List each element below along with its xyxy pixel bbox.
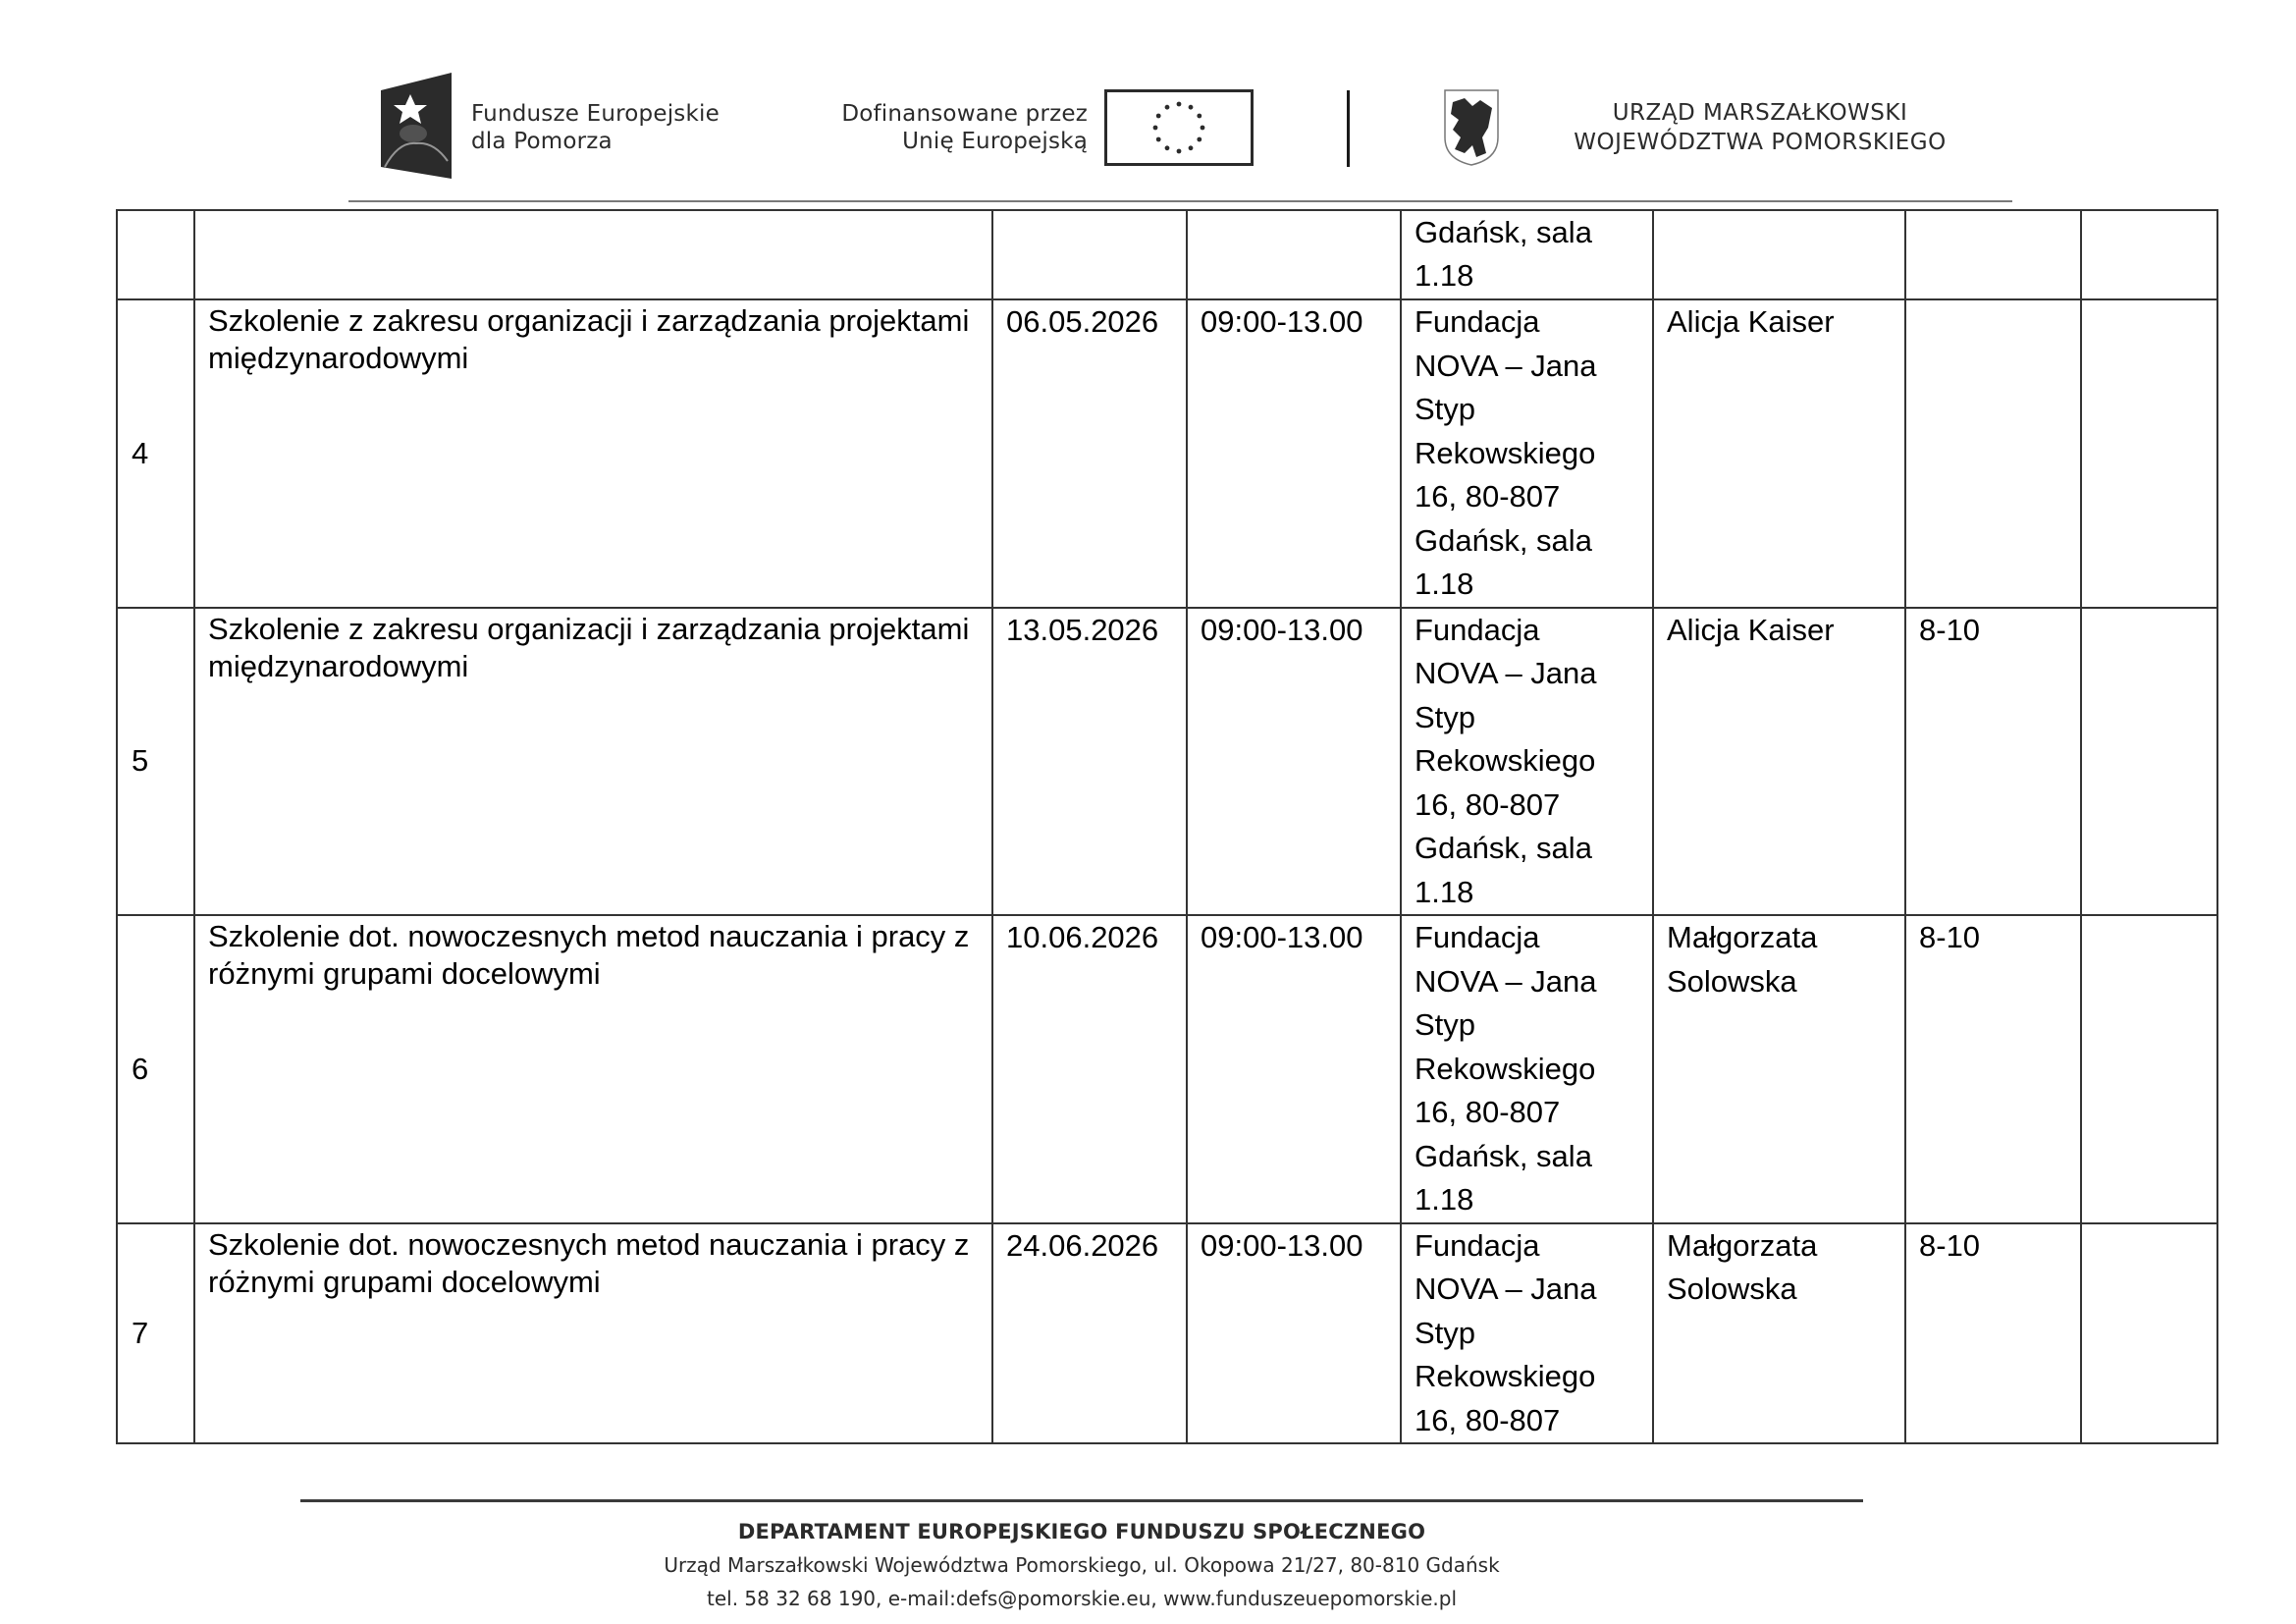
footer-rule [300, 1499, 1863, 1502]
cell-training-title: Szkolenie dot. nowoczesnych metod naucza… [194, 915, 992, 1223]
page-header: Fundusze Europejskie dla Pomorza Dofinan… [0, 0, 2296, 206]
cell-training-title: Szkolenie z zakresu organizacji i zarząd… [194, 299, 992, 608]
cell-number: 6 [117, 915, 194, 1223]
cell-time: 09:00-13.00 [1187, 608, 1401, 916]
cell-number [117, 210, 194, 299]
pomorskie-griffin-crest-icon [1443, 88, 1500, 167]
cell-date: 24.06.2026 [992, 1223, 1187, 1444]
fundusze-europejskie-logo-icon [381, 73, 452, 179]
marshal-office-text: URZĄD MARSZAŁKOWSKI WOJEWÓDZTWA POMORSKI… [1539, 98, 1981, 157]
cell-notes [2081, 1223, 2217, 1444]
cell-time [1187, 210, 1401, 299]
cell-location: Gdańsk, sala1.18 [1401, 210, 1653, 299]
cell-number: 4 [117, 299, 194, 608]
cell-location: FundacjaNOVA – JanaStypRekowskiego16, 80… [1401, 608, 1653, 916]
cell-date: 13.05.2026 [992, 608, 1187, 916]
training-schedule-table: Gdańsk, sala1.18 4 Szkolenie z zakresu o… [116, 209, 2218, 1444]
cell-training-title [194, 210, 992, 299]
cell-participants: 8-10 [1905, 608, 2081, 916]
cell-location: FundacjaNOVA – JanaStypRekowskiego16, 80… [1401, 1223, 1653, 1444]
page-footer: DEPARTAMENT EUROPEJSKIEGO FUNDUSZU SPOŁE… [300, 1515, 1863, 1615]
cell-training-title: Szkolenie z zakresu organizacji i zarząd… [194, 608, 992, 916]
eu-cofinancing-text: Dofinansowane przez Unię Europejską [809, 100, 1088, 155]
table-row: 4 Szkolenie z zakresu organizacji i zarz… [117, 299, 2217, 608]
cell-notes [2081, 608, 2217, 916]
eu-flag-icon [1104, 89, 1254, 166]
cell-trainer [1653, 210, 1905, 299]
cell-date [992, 210, 1187, 299]
header-rule [348, 200, 2012, 202]
cell-training-title: Szkolenie dot. nowoczesnych metod naucza… [194, 1223, 992, 1444]
cell-participants [1905, 299, 2081, 608]
cell-notes [2081, 915, 2217, 1223]
cell-number: 5 [117, 608, 194, 916]
cell-trainer: MałgorzataSolowska [1653, 915, 1905, 1223]
cell-location: FundacjaNOVA – JanaStypRekowskiego16, 80… [1401, 915, 1653, 1223]
footer-address: Urząd Marszałkowski Województwa Pomorski… [300, 1548, 1863, 1582]
fe-logo-text: Fundusze Europejskie dla Pomorza [471, 100, 720, 155]
fe-logo-line1: Fundusze Europejskie [471, 100, 720, 128]
cell-number: 7 [117, 1223, 194, 1444]
cell-participants [1905, 210, 2081, 299]
eu-line1: Dofinansowane przez [809, 100, 1088, 128]
cell-participants: 8-10 [1905, 915, 2081, 1223]
cell-time: 09:00-13.00 [1187, 299, 1401, 608]
footer-department: DEPARTAMENT EUROPEJSKIEGO FUNDUSZU SPOŁE… [300, 1515, 1863, 1548]
fe-logo-line2: dla Pomorza [471, 128, 720, 155]
cell-time: 09:00-13.00 [1187, 1223, 1401, 1444]
footer-contact: tel. 58 32 68 190, e-mail:defs@pomorskie… [300, 1582, 1863, 1615]
eu-line2: Unię Europejską [809, 128, 1088, 155]
table-row: Gdańsk, sala1.18 [117, 210, 2217, 299]
cell-trainer: Alicja Kaiser [1653, 608, 1905, 916]
um-line1: URZĄD MARSZAŁKOWSKI [1539, 98, 1981, 128]
table-row: 7 Szkolenie dot. nowoczesnych metod nauc… [117, 1223, 2217, 1444]
cell-notes [2081, 210, 2217, 299]
table-row: 5 Szkolenie z zakresu organizacji i zarz… [117, 608, 2217, 916]
cell-location: FundacjaNOVA – JanaStypRekowskiego16, 80… [1401, 299, 1653, 608]
cell-date: 06.05.2026 [992, 299, 1187, 608]
cell-time: 09:00-13.00 [1187, 915, 1401, 1223]
um-line2: WOJEWÓDZTWA POMORSKIEGO [1539, 128, 1981, 157]
cell-trainer: Alicja Kaiser [1653, 299, 1905, 608]
cell-notes [2081, 299, 2217, 608]
cell-participants: 8-10 [1905, 1223, 2081, 1444]
cell-date: 10.06.2026 [992, 915, 1187, 1223]
header-divider [1347, 90, 1350, 167]
table-row: 6 Szkolenie dot. nowoczesnych metod nauc… [117, 915, 2217, 1223]
cell-trainer: MałgorzataSolowska [1653, 1223, 1905, 1444]
